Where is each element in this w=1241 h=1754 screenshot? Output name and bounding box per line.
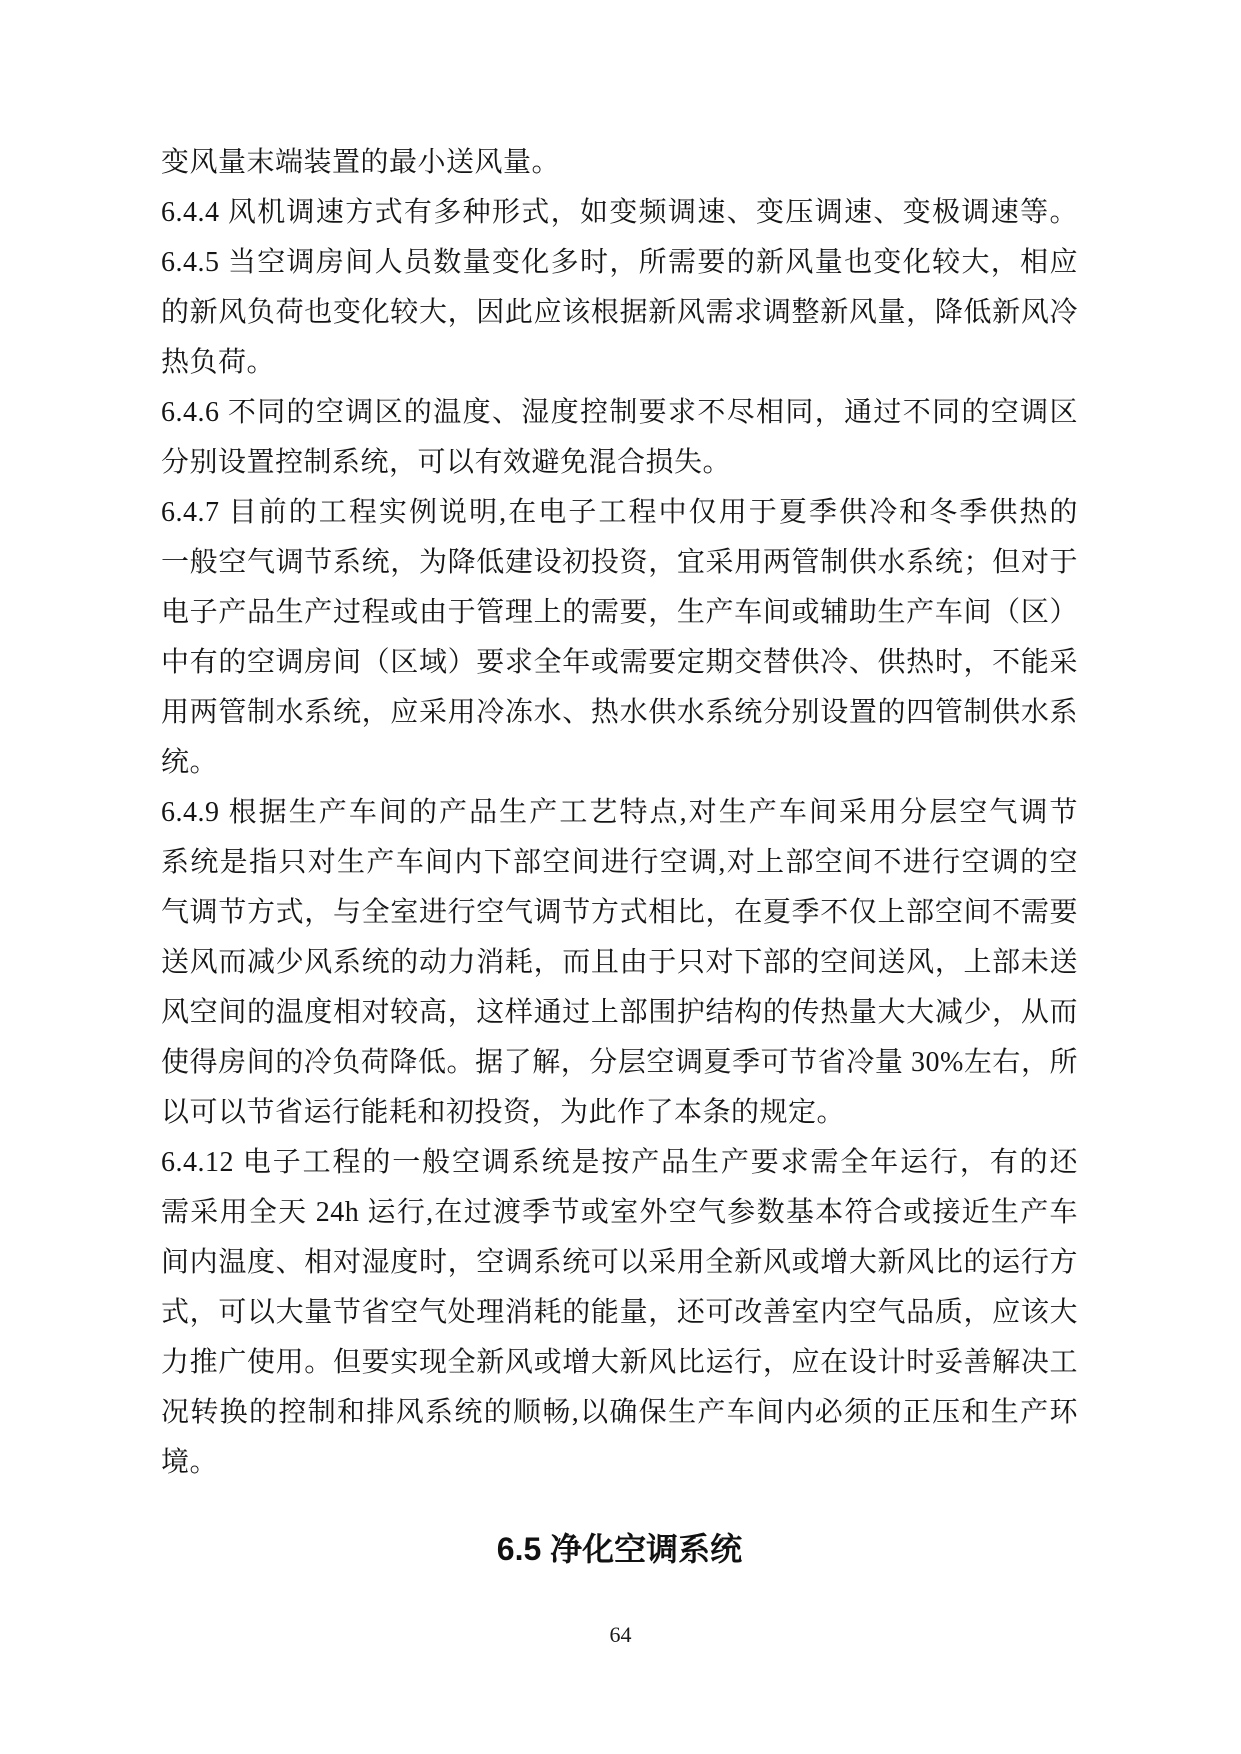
text-line: 用两管制水系统，应采用冷冻水、热水供水系统分别设置的四管制供水系 (161, 688, 1078, 738)
text-line: 送风而减少风系统的动力消耗，而且由于只对下部的空间送风，上部未送 (161, 938, 1078, 988)
text-line: 况转换的控制和排风系统的顺畅,以确保生产车间内必须的正压和生产环 (161, 1388, 1078, 1438)
text-line: 电子产品生产过程或由于管理上的需要，生产车间或辅助生产车间（区） (161, 588, 1078, 638)
text-line: 中有的空调房间（区域）要求全年或需要定期交替供冷、供热时，不能采 (161, 638, 1078, 688)
text-line: 式，可以大量节省空气处理消耗的能量，还可改善室内空气品质，应该大 (161, 1288, 1078, 1338)
text-line: 的新风负荷也变化较大，因此应该根据新风需求调整新风量，降低新风冷 (161, 288, 1078, 338)
text-line: 境。 (161, 1438, 1078, 1488)
text-line: 风空间的温度相对较高，这样通过上部围护结构的传热量大大减少，从而 (161, 988, 1078, 1038)
text-line: 以可以节省运行能耗和初投资，为此作了本条的规定。 (161, 1088, 1078, 1138)
section-heading: 6.5 净化空调系统 (161, 1524, 1078, 1574)
text-line: 6.4.6 不同的空调区的温度、湿度控制要求不尽相同，通过不同的空调区 (161, 388, 1078, 438)
text-line: 力推广使用。但要实现全新风或增大新风比运行，应在设计时妥善解决工 (161, 1338, 1078, 1388)
text-line: 使得房间的冷负荷降低。据了解，分层空调夏季可节省冷量 30%左右，所 (161, 1038, 1078, 1088)
text-line: 气调节方式，与全室进行空气调节方式相比，在夏季不仅上部空间不需要 (161, 888, 1078, 938)
text-line: 统。 (161, 738, 1078, 788)
text-line: 6.4.9 根据生产车间的产品生产工艺特点,对生产车间采用分层空气调节 (161, 788, 1078, 838)
text-line: 分别设置控制系统，可以有效避免混合损失。 (161, 438, 1078, 488)
text-line: 变风量末端装置的最小送风量。 (161, 138, 1078, 188)
text-line: 6.4.7 目前的工程实例说明,在电子工程中仅用于夏季供冷和冬季供热的 (161, 488, 1078, 538)
text-line: 热负荷。 (161, 338, 1078, 388)
text-line: 6.4.5 当空调房间人员数量变化多时，所需要的新风量也变化较大，相应 (161, 238, 1078, 288)
text-line: 需采用全天 24h 运行,在过渡季节或室外空气参数基本符合或接近生产车 (161, 1188, 1078, 1238)
text-line: 一般空气调节系统，为降低建设初投资，宜采用两管制供水系统；但对于 (161, 538, 1078, 588)
text-line: 系统是指只对生产车间内下部空间进行空调,对上部空间不进行空调的空 (161, 838, 1078, 888)
text-line: 6.4.12 电子工程的一般空调系统是按产品生产要求需全年运行，有的还 (161, 1138, 1078, 1188)
document-page: 变风量末端装置的最小送风量。 6.4.4 风机调速方式有多种形式，如变频调速、变… (0, 0, 1241, 1754)
text-line: 间内温度、相对湿度时，空调系统可以采用全新风或增大新风比的运行方 (161, 1238, 1078, 1288)
text-line: 6.4.4 风机调速方式有多种形式，如变频调速、变压调速、变极调速等。 (161, 188, 1078, 238)
page-number: 64 (0, 1620, 1241, 1650)
body-text: 变风量末端装置的最小送风量。 6.4.4 风机调速方式有多种形式，如变频调速、变… (161, 138, 1078, 1574)
